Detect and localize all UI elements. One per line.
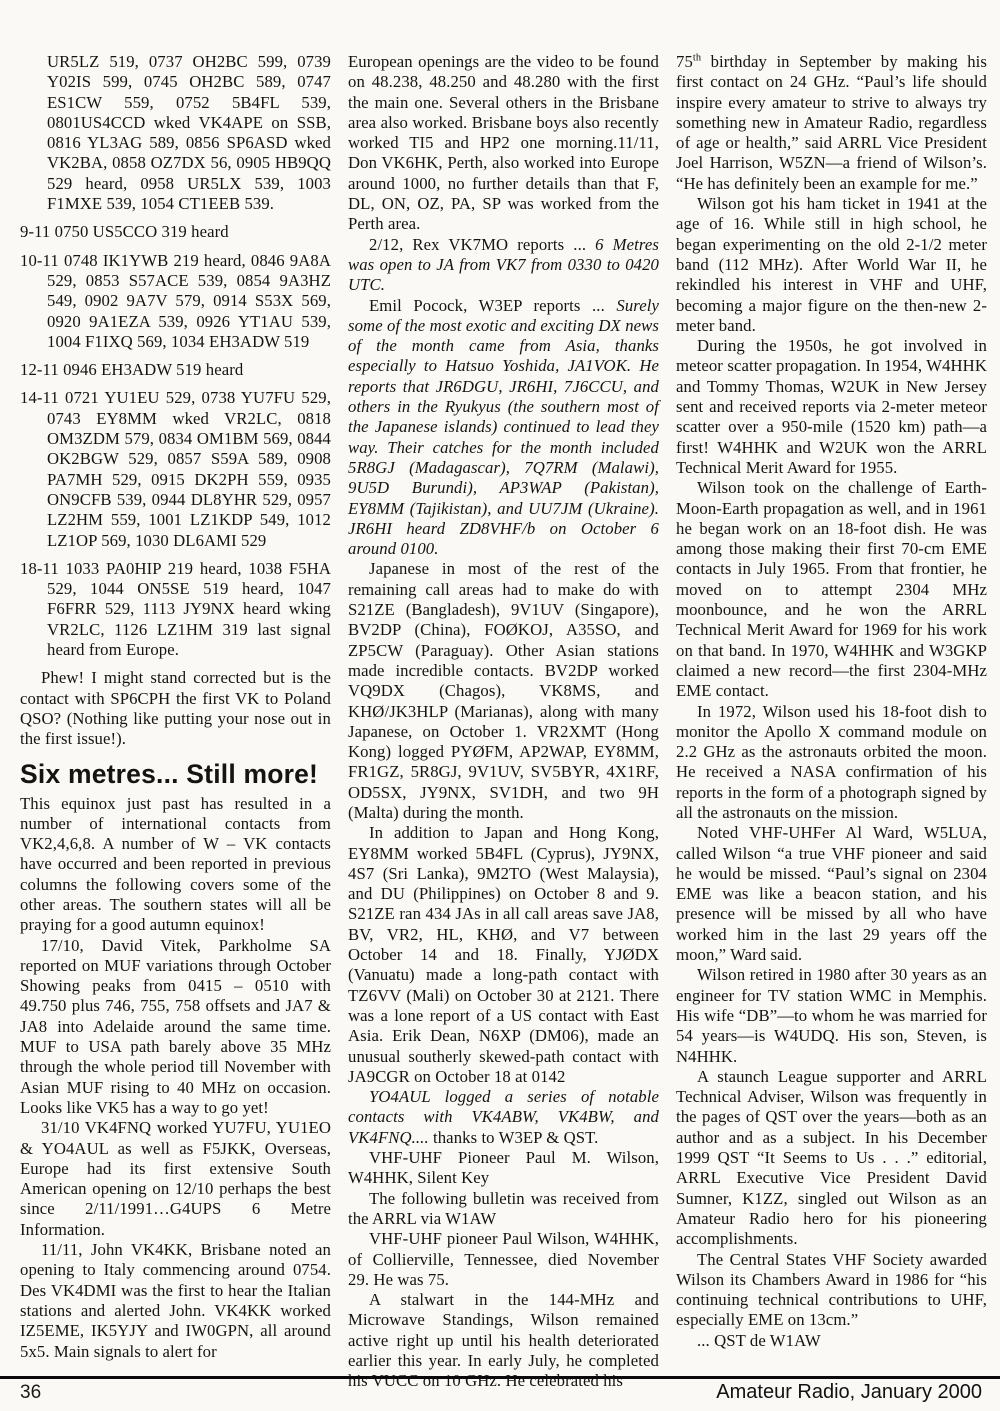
paragraph: 14-11 0721 YU1EU 529, 0738 YU7FU 529, 07… bbox=[20, 388, 331, 550]
paragraph: In 1972, Wilson used his 18-foot dish to… bbox=[676, 702, 987, 824]
paragraph: Wilson got his ham ticket in 1941 at the… bbox=[676, 194, 987, 336]
page-footer: 36 Amateur Radio, January 2000 bbox=[20, 1381, 982, 1404]
paragraph: YO4AUL logged a series of notable contac… bbox=[348, 1087, 659, 1148]
paragraph: 31/10 VK4FNQ worked YU7FU, YU1EO & YO4AU… bbox=[20, 1118, 331, 1240]
paragraph: Wilson retired in 1980 after 30 years as… bbox=[676, 965, 987, 1066]
paragraph: 12-11 0946 EH3ADW 519 heard bbox=[20, 360, 331, 380]
footer-divider bbox=[0, 1376, 1000, 1379]
magazine-page: UR5LZ 519, 0737 OH2BC 599, 0739 Y02IS 59… bbox=[0, 0, 1000, 1411]
paragraph: VHF-UHF pioneer Paul Wilson, W4HHK, of C… bbox=[348, 1229, 659, 1290]
section-heading: Six metres... Still more! bbox=[20, 759, 331, 789]
paragraph: VHF-UHF Pioneer Paul M. Wilson, W4HHK, S… bbox=[348, 1148, 659, 1189]
paragraph: Noted VHF-UHFer Al Ward, W5LUA, called W… bbox=[676, 823, 987, 965]
paragraph: This equinox just past has resulted in a… bbox=[20, 794, 331, 936]
paragraph: Japanese in most of the rest of the rema… bbox=[348, 559, 659, 823]
journal-title: Amateur Radio, January 2000 bbox=[716, 1381, 982, 1404]
paragraph: 75th birthday in September by making his… bbox=[676, 52, 987, 194]
paragraph: During the 1950s, he got involved in met… bbox=[676, 336, 987, 478]
paragraph: The Central States VHF Society awarded W… bbox=[676, 1250, 987, 1331]
column-3: 75th birthday in September by making his… bbox=[676, 52, 987, 1392]
column-1: UR5LZ 519, 0737 OH2BC 599, 0739 Y02IS 59… bbox=[20, 52, 331, 1392]
paragraph: 9-11 0750 US5CCO 319 heard bbox=[20, 222, 331, 242]
paragraph: UR5LZ 519, 0737 OH2BC 599, 0739 Y02IS 59… bbox=[20, 52, 331, 214]
paragraph: ... QST de W1AW bbox=[676, 1331, 987, 1351]
paragraph: 11/11, John VK4KK, Brisbane noted an ope… bbox=[20, 1240, 331, 1362]
paragraph: 10-11 0748 IK1YWB 219 heard, 0846 9A8A 5… bbox=[20, 251, 331, 352]
paragraph: A staunch League supporter and ARRL Tech… bbox=[676, 1067, 987, 1250]
paragraph: Wilson took on the challenge of Earth-Mo… bbox=[676, 478, 987, 701]
column-2: European openings are the video to be fo… bbox=[348, 52, 659, 1392]
paragraph: 17/10, David Vitek, Parkholme SA reporte… bbox=[20, 936, 331, 1119]
content-columns: UR5LZ 519, 0737 OH2BC 599, 0739 Y02IS 59… bbox=[20, 52, 986, 1392]
paragraph: Phew! I might stand corrected but is the… bbox=[20, 668, 331, 749]
paragraph: European openings are the video to be fo… bbox=[348, 52, 659, 235]
paragraph: Emil Pocock, W3EP reports ... Surely som… bbox=[348, 296, 659, 560]
paragraph: 18-11 1033 PA0HIP 219 heard, 1038 F5HA 5… bbox=[20, 559, 331, 660]
paragraph: The following bulletin was received from… bbox=[348, 1189, 659, 1230]
paragraph: 2/12, Rex VK7MO reports ... 6 Metres was… bbox=[348, 235, 659, 296]
page-number: 36 bbox=[20, 1382, 41, 1404]
paragraph: In addition to Japan and Hong Kong, EY8M… bbox=[348, 823, 659, 1087]
